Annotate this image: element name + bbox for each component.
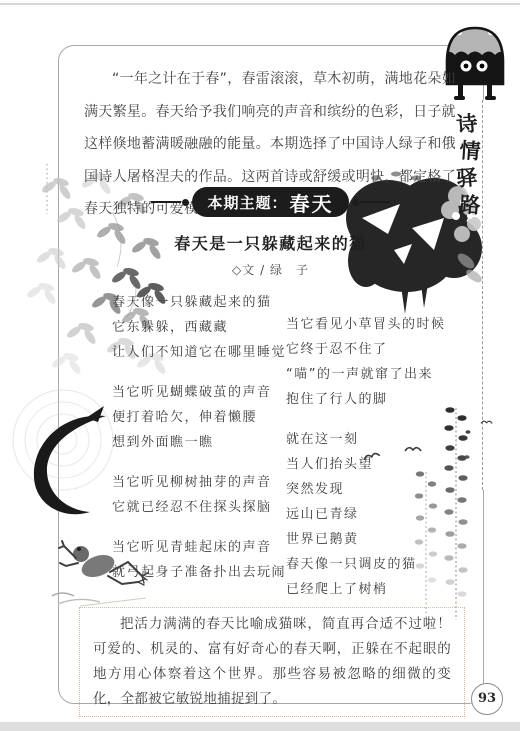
poem-line: 春天像一只调皮的猫	[286, 552, 471, 577]
poem-line: 当它听见青蛙起床的声音	[112, 535, 290, 560]
review-box: 把活力满满的春天比喻成猫咪，简直再合适不过啦！可爱的、机灵的、富有好奇心的春天啊…	[79, 607, 465, 717]
poem-line: 它终于忍不住了	[286, 337, 471, 362]
magazine-page: 诗 情 驿 路 “一年之计在于春”，春雷滚滚，草木初萌，满地花朵如满天繁星。春天…	[0, 0, 520, 731]
poem-stanza: 春天像一只躲藏起来的猫 它东躲躲，西藏藏 让人们不知道它在哪里睡觉	[112, 290, 290, 365]
poem-line: 突然发现	[286, 477, 471, 502]
poem-line: 已经爬上了树梢	[286, 577, 471, 602]
poem-byline: ◇文 / 绿 子	[58, 261, 483, 278]
banner-theme-label: 春天	[290, 188, 334, 217]
poem-left-column: 春天像一只躲藏起来的猫 它东躲躲，西藏藏 让人们不知道它在哪里睡觉 当它听见蝴蝶…	[112, 290, 290, 600]
poem-line: 便打着哈欠，伸着懒腰	[112, 405, 290, 430]
poem-stanza: 当它看见小草冒头的时候 它终于忍不住了 “喵”的一声就窜了出来 抱住了行人的脚	[286, 312, 471, 412]
poem-line: 就在这一刻	[286, 427, 471, 452]
poem-line: 它就已经忍不住探头探脑	[112, 495, 290, 520]
poem-line: 世界已鹅黄	[286, 527, 471, 552]
poem-stanza: 当它听见柳树抽芽的声音 它就已经忍不住探头探脑	[112, 470, 290, 520]
poem-right-column: 当它看见小草冒头的时候 它终于忍不住了 “喵”的一声就窜了出来 抱住了行人的脚 …	[286, 312, 471, 617]
poem-line: 当它看见小草冒头的时候	[286, 312, 471, 337]
banner-prefix-label: 本期主题：	[207, 192, 287, 213]
banner-left-line	[151, 201, 181, 203]
poem-line: 想到外面瞧一瞧	[112, 430, 290, 455]
poem-title: 春天是一只躲藏起来的猫	[58, 231, 483, 254]
margin-title-char: 情	[455, 138, 485, 164]
banner-right-line	[360, 201, 390, 203]
poem-stanza: 当它听见青蛙起床的声音 就弓起身子准备扑出去玩闹	[112, 535, 290, 585]
margin-title-char: 诗	[452, 111, 482, 137]
banner-right-dot	[352, 199, 359, 206]
poem-line: 抱住了行人的脚	[286, 387, 471, 412]
poem-stanza: 当它听见蝴蝶破茧的声音 便打着哈欠，伸着懒腰 想到外面瞧一瞧	[112, 380, 290, 455]
page-top-rule	[0, 3, 520, 5]
poem-line: 让人们不知道它在哪里睡觉	[112, 340, 290, 365]
banner-left-dot	[182, 199, 189, 206]
poem-stanza: 就在这一刻 当人们抬头望 突然发现 远山已青绿 世界已鹅黄 春天像一只调皮的猫 …	[286, 427, 471, 602]
poem-line: 当它听见蝴蝶破茧的声音	[112, 380, 290, 405]
poem-line: 远山已青绿	[286, 502, 471, 527]
theme-banner: 本期主题： 春天	[58, 186, 483, 218]
theme-banner-pill: 本期主题： 春天	[192, 187, 348, 217]
poem-line: “喵”的一声就窜了出来	[286, 362, 471, 387]
poem-line: 就弓起身子准备扑出去玩闹	[112, 560, 290, 585]
page-bottom-band	[0, 722, 520, 731]
page-number-badge: 93	[471, 683, 503, 715]
poem-line: 春天像一只躲藏起来的猫	[112, 290, 290, 315]
poem-line: 当人们抬头望	[286, 452, 471, 477]
poem-line: 当它听见柳树抽芽的声音	[112, 470, 290, 495]
poem-line: 它东躲躲，西藏藏	[112, 315, 290, 340]
